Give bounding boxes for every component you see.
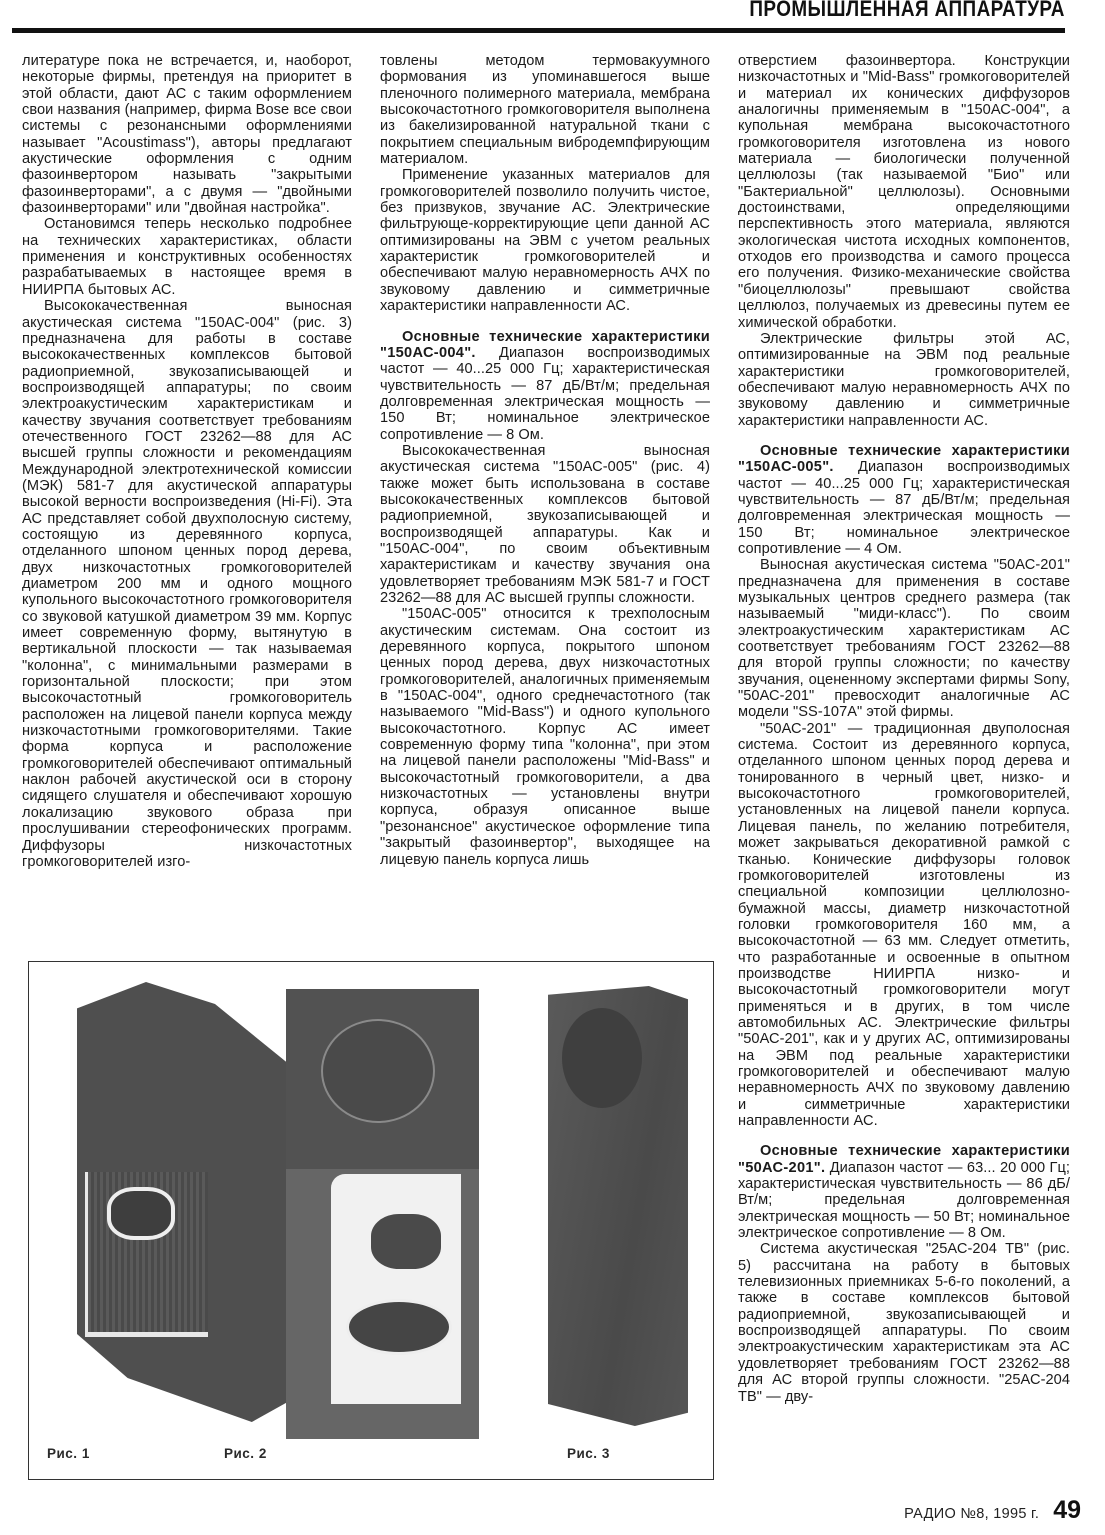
paragraph: Высококачественная выносная акустическая… <box>22 298 352 870</box>
figure-caption-2: Рис. 2 <box>224 1446 267 1461</box>
paragraph: "50АС-201" — традиционная двуполосная си… <box>738 721 1070 1130</box>
text-column-1: литературе пока не встречается, и, наобо… <box>22 53 352 943</box>
paragraph: Применение указанных материалов для гром… <box>380 167 710 314</box>
paragraph: Система акустическая "25АС-204 ТВ" (рис.… <box>738 1241 1070 1404</box>
bass-port-icon <box>371 1214 441 1269</box>
header-rule <box>12 28 1065 33</box>
journal-issue: РАДИО №8, 1995 г. <box>904 1506 1039 1522</box>
speaker-column-image-3 <box>548 986 688 1426</box>
text-column-3: отверстием фазоинвертора. Конструкции ни… <box>738 53 1070 1483</box>
paragraph: "150АС-005" относится к трехполосным аку… <box>380 606 710 868</box>
speaker-driver-icon <box>321 1019 435 1123</box>
speaker-cone-icon <box>346 1299 452 1355</box>
section-title: ПРОМЫШЛЕННАЯ АППАРАТУРА <box>749 0 1065 22</box>
figure-panel: Рис. 1 Рис. 2 Рис. 3 <box>28 961 714 1480</box>
speaker-cone-icon <box>107 1187 175 1240</box>
speaker-cutaway-image-2 <box>286 989 479 1439</box>
paragraph: товлены методом термовакуумного формован… <box>380 53 710 167</box>
spec-paragraph-150ac005: Основные технические характеристики "150… <box>738 443 1070 557</box>
speaker-cutaway-image-1 <box>77 982 307 1422</box>
paragraph: литературе пока не встречается, и, наобо… <box>22 53 352 216</box>
page-number: 49 <box>1053 1496 1081 1525</box>
spec-paragraph-50ac201: Основные технические характеристики "50А… <box>738 1143 1070 1241</box>
figure-caption-3: Рис. 3 <box>567 1446 610 1461</box>
text-column-2: товлены методом термовакуумного формован… <box>380 53 710 943</box>
paragraph: Остановимся теперь несколько подробнее н… <box>22 216 352 298</box>
spec-paragraph-150ac004: Основные технические характеристики "150… <box>380 329 710 443</box>
speaker-cutaway-interior <box>331 1174 461 1404</box>
paragraph: отверстием фазоинвертора. Конструкции ни… <box>738 53 1070 331</box>
paragraph: Электрические фильтры этой АС, оптимизир… <box>738 331 1070 429</box>
speaker-driver-icon <box>562 1008 642 1108</box>
paragraph: Выносная акустическая система "50АС-201"… <box>738 557 1070 720</box>
page-footer: РАДИО №8, 1995 г. 49 <box>904 1496 1081 1525</box>
figure-caption-1: Рис. 1 <box>47 1446 90 1461</box>
paragraph: Высококачественная выносная акустическая… <box>380 443 710 606</box>
